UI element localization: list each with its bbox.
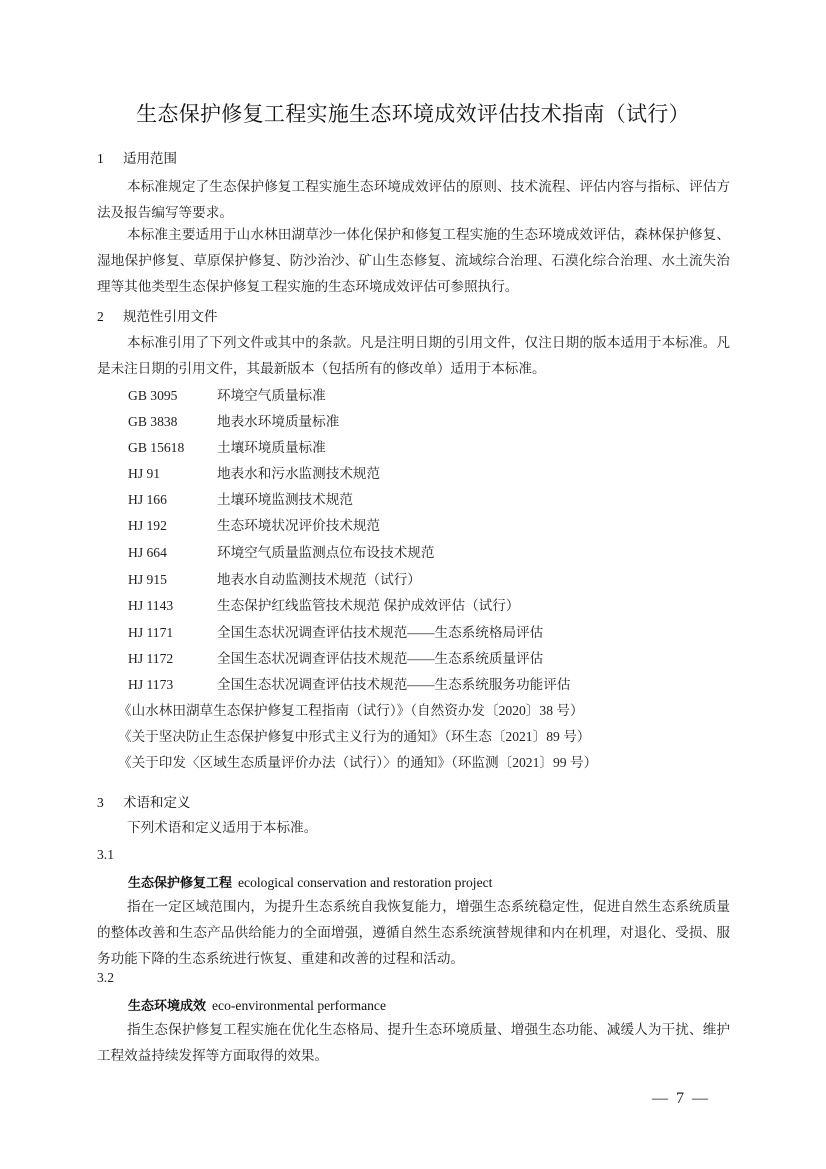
- term-definition: 指在一定区域范围内，为提升生态系统自我恢复能力，增强生态系统稳定性，促进自然生态…: [97, 894, 730, 972]
- other-reference: 《山水林田湖草生态保护修复工程指南（试行）》（自然资办发〔2020〕38 号）: [118, 699, 584, 719]
- page-number: — 7 —: [652, 1090, 708, 1108]
- reference-title: 土壤环境监测技术规范: [217, 492, 353, 507]
- reference-code: HJ 664: [128, 545, 217, 561]
- term-chinese: 生态环境成效: [128, 999, 206, 1014]
- paragraph: 本标准引用了下列文件或其中的条款。凡是注明日期的引用文件，仅注日期的版本适用于本…: [97, 330, 730, 382]
- reference-item: HJ 915地表水自动监测技术规范（试行）: [128, 568, 421, 588]
- reference-item: HJ 1172全国生态状况调查评估技术规范——生态系统质量评估: [128, 647, 543, 667]
- reference-code: HJ 1173: [128, 677, 217, 693]
- reference-item: HJ 664环境空气质量监测点位布设技术规范: [128, 541, 435, 561]
- reference-item: GB 3838地表水环境质量标准: [128, 410, 339, 430]
- reference-code: HJ 91: [128, 466, 217, 482]
- paragraph: 本标准规定了生态保护修复工程实施生态环境成效评估的原则、技术流程、评估内容与指标…: [97, 174, 730, 226]
- reference-code: GB 3838: [128, 414, 217, 430]
- reference-item: GB 15618土壤环境质量标准: [128, 436, 326, 456]
- reference-title: 全国生态状况调查评估技术规范——生态系统服务功能评估: [217, 677, 570, 692]
- reference-title: 环境空气质量监测点位布设技术规范: [217, 545, 435, 560]
- section-number: 1: [97, 151, 123, 167]
- reference-item: HJ 1171全国生态状况调查评估技术规范——生态系统格局评估: [128, 621, 543, 641]
- reference-code: HJ 166: [128, 492, 217, 508]
- term-definition: 指生态保护修复工程实施在优化生态格局、提升生态环境质量、增强生态功能、减缓人为干…: [97, 1017, 730, 1069]
- reference-code: GB 3095: [128, 388, 217, 404]
- section-title: 规范性引用文件: [123, 309, 218, 325]
- section-title: 适用范围: [123, 151, 177, 167]
- term-entry: 生态环境成效eco-environmental performance: [128, 995, 386, 1014]
- section-number: 3: [97, 795, 123, 811]
- reference-item: HJ 91地表水和污水监测技术规范: [128, 462, 380, 482]
- reference-code: HJ 915: [128, 572, 217, 588]
- reference-title: 地表水环境质量标准: [217, 414, 339, 429]
- reference-item: HJ 192生态环境状况评价技术规范: [128, 514, 380, 534]
- paragraph: 下列术语和定义适用于本标准。: [97, 815, 730, 841]
- reference-title: 生态保护红线监管技术规范 保护成效评估（试行）: [217, 598, 519, 613]
- reference-code: GB 15618: [128, 440, 217, 456]
- paragraph: 本标准主要适用于山水林田湖草沙一体化保护和修复工程实施的生态环境成效评估，森林保…: [97, 222, 730, 300]
- document-title: 生态保护修复工程实施生态环境成效评估技术指南（试行）: [0, 98, 826, 128]
- section-title: 术语和定义: [123, 795, 191, 811]
- reference-code: HJ 1172: [128, 651, 217, 667]
- reference-item: GB 3095环境空气质量标准: [128, 384, 326, 404]
- reference-title: 地表水自动监测技术规范（试行）: [217, 572, 421, 587]
- term-english: eco-environmental performance: [212, 998, 386, 1013]
- reference-item: HJ 1173全国生态状况调查评估技术规范——生态系统服务功能评估: [128, 673, 570, 693]
- term-chinese: 生态保护修复工程: [128, 876, 232, 891]
- reference-item: HJ 1143生态保护红线监管技术规范 保护成效评估（试行）: [128, 594, 519, 614]
- reference-item: HJ 166土壤环境监测技术规范: [128, 488, 353, 508]
- reference-code: HJ 1171: [128, 625, 217, 641]
- term-english: ecological conservation and restoration …: [238, 875, 492, 890]
- term-entry: 生态保护修复工程ecological conservation and rest…: [128, 872, 492, 891]
- reference-title: 生态环境状况评价技术规范: [217, 518, 380, 533]
- reference-title: 全国生态状况调查评估技术规范——生态系统格局评估: [217, 625, 543, 640]
- reference-title: 地表水和污水监测技术规范: [217, 466, 380, 481]
- section-heading-1: 1适用范围: [97, 147, 177, 167]
- reference-title: 全国生态状况调查评估技术规范——生态系统质量评估: [217, 651, 543, 666]
- other-reference: 《关于坚决防止生态保护修复中形式主义行为的通知》（环生态〔2021〕89 号）: [118, 725, 590, 745]
- reference-title: 土壤环境质量标准: [217, 440, 326, 455]
- reference-title: 环境空气质量标准: [217, 388, 326, 403]
- clause-number: 3.2: [97, 970, 114, 986]
- reference-code: HJ 192: [128, 518, 217, 534]
- section-number: 2: [97, 309, 123, 325]
- other-reference: 《关于印发〈区域生态质量评价办法（试行）〉的通知》（环监测〔2021〕99 号）: [118, 751, 597, 771]
- reference-code: HJ 1143: [128, 598, 217, 614]
- section-heading-2: 2规范性引用文件: [97, 305, 218, 325]
- document-page: 生态保护修复工程实施生态环境成效评估技术指南（试行） 1适用范围 本标准规定了生…: [0, 0, 826, 1169]
- section-heading-3: 3术语和定义: [97, 791, 191, 811]
- clause-number: 3.1: [97, 847, 114, 863]
